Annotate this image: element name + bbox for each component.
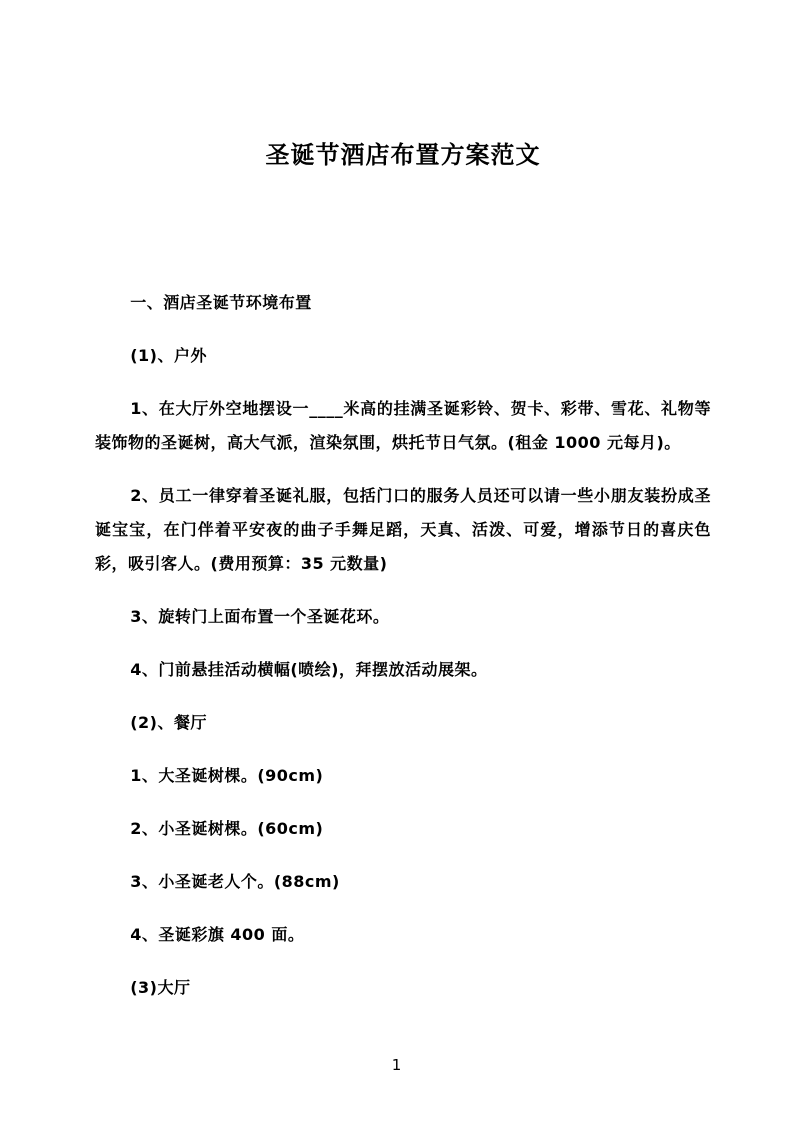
paragraph-12: (3)大厅 [95,971,711,1005]
page-number: 1 [0,1056,793,1074]
paragraph-5: 3、旋转门上面布置一个圣诞花环。 [95,600,711,634]
paragraph-1: 一、酒店圣诞节环境布置 [95,286,711,320]
paragraph-9: 2、小圣诞树棵。(60cm) [95,812,711,846]
paragraph-10: 3、小圣诞老人个。(88cm) [95,865,711,899]
document-page: 圣诞节酒店布置方案范文 一、酒店圣诞节环境布置(1)、户外1、在大厅外空地摆设一… [0,0,793,1122]
paragraph-2: (1)、户外 [95,339,711,373]
document-title: 圣诞节酒店布置方案范文 [95,138,711,172]
paragraph-6: 4、门前悬挂活动横幅(喷绘)，拜摆放活动展架。 [95,653,711,687]
paragraph-8: 1、大圣诞树棵。(90cm) [95,759,711,793]
paragraph-3: 1、在大厅外空地摆设一____米高的挂满圣诞彩铃、贺卡、彩带、雪花、礼物等装饰物… [95,392,711,460]
document-body: 一、酒店圣诞节环境布置(1)、户外1、在大厅外空地摆设一____米高的挂满圣诞彩… [95,286,711,1005]
paragraph-4: 2、员工一律穿着圣诞礼服，包括门口的服务人员还可以请一些小朋友装扮成圣诞宝宝，在… [95,479,711,581]
paragraph-7: (2)、餐厅 [95,706,711,740]
paragraph-11: 4、圣诞彩旗 400 面。 [95,918,711,952]
